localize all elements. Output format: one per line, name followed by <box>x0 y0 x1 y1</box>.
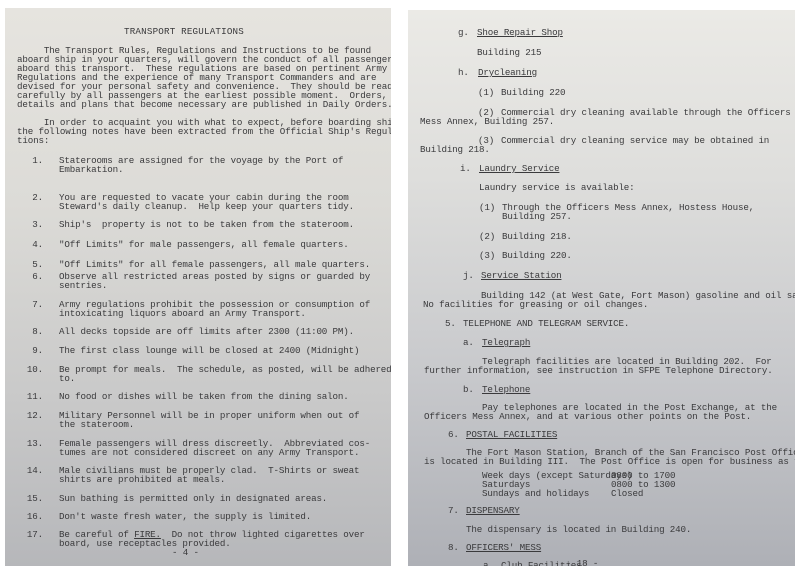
rule-number: 17. <box>25 530 43 539</box>
section-number: 5. <box>445 319 456 328</box>
section-number: 8. <box>448 543 459 552</box>
rule-number: 3. <box>25 220 43 229</box>
rule-text: Be prompt for meals. The schedule, as po… <box>59 365 391 374</box>
subitem-text: Building 257. <box>502 212 572 221</box>
section-number: 6. <box>448 430 459 439</box>
section-text: Building 215 <box>477 48 541 57</box>
item-letter: j. <box>463 271 474 280</box>
rule-number: 9. <box>25 346 43 355</box>
rule-number: 16. <box>25 512 43 521</box>
rule-number: 5. <box>25 260 43 269</box>
subitem-text: Building 218. <box>420 145 490 154</box>
section-text: Laundry service is available: <box>479 183 635 192</box>
section-heading: POSTAL FACILITIES <box>466 430 557 439</box>
rule-text: "Off Limits" for all female passengers, … <box>59 260 370 269</box>
rule-number: 12. <box>25 411 43 420</box>
subsection-heading: Telephone <box>482 385 530 394</box>
section-heading: Service Station <box>481 271 561 280</box>
item-letter: a. <box>483 561 494 566</box>
subitem-text: Mess Annex, Building 257. <box>420 117 554 126</box>
rule-number: 15. <box>25 494 43 503</box>
item-letter: g. <box>458 28 469 37</box>
rule-text: Ship's property is not to be taken from … <box>59 220 354 229</box>
section-heading: OFFICERS' MESS <box>466 543 541 552</box>
subitem-number: (1) <box>478 88 494 97</box>
page-number: - 4 - <box>172 548 199 557</box>
subitem-text: Commercial dry cleaning service may be o… <box>501 136 769 145</box>
rule-number: 14. <box>25 466 43 475</box>
rule-number: 11. <box>25 392 43 401</box>
item-letter: h. <box>458 68 469 77</box>
section-text: further information, see instruction in … <box>424 366 773 375</box>
subitem-text: Building 220 <box>501 88 565 97</box>
item-letter: b. <box>463 385 474 394</box>
rule-number: 2. <box>25 193 43 202</box>
rule-text: Don't waste fresh water, the supply is l… <box>59 512 311 521</box>
preface-line: tions: <box>17 136 49 145</box>
subitem-text: Building 218. <box>502 232 572 241</box>
section-heading: DISPENSARY <box>466 506 520 515</box>
intro-line: details and plans that become necessary … <box>17 100 391 109</box>
section-heading: Shoe Repair Shop <box>477 28 563 37</box>
rule-text: tumes are not considered discreet on any… <box>59 448 359 457</box>
rule-text: the stateroom. <box>59 420 134 429</box>
hours-time: Closed <box>611 489 643 498</box>
section-text: is located in Building III. The Post Off… <box>424 457 795 466</box>
subitem-number: (1) <box>479 203 495 212</box>
rule-text: No food or dishes will be taken from the… <box>59 392 349 401</box>
section-number: 7. <box>448 506 459 515</box>
section-heading: Laundry Service <box>479 164 559 173</box>
rule-number: 1. <box>25 156 43 165</box>
rule-number: 13. <box>25 439 43 448</box>
rule-text: Steward's daily cleanup. Help keep your … <box>59 202 354 211</box>
section-text: Officers Mess Annex, and at various othe… <box>424 412 751 421</box>
page-number: - 18 - <box>566 559 598 566</box>
rule-text: Sun bathing is permitted only in designa… <box>59 494 327 503</box>
subitem-text: Building 220. <box>502 251 572 260</box>
preface-line: the following notes have been extracted … <box>17 127 391 136</box>
right-page-document: g. Shoe Repair Shop Building 215 h. Dryc… <box>408 10 795 566</box>
section-text: The dispensary is located in Building 24… <box>466 525 691 534</box>
subsection-heading: Telegraph <box>482 338 530 347</box>
left-page-document: TRANSPORT REGULATIONS The Transport Rule… <box>5 8 391 566</box>
section-heading: Drycleaning <box>478 68 537 77</box>
rule-text: Embarkation. <box>59 165 123 174</box>
rule-text: shirts are prohibited at meals. <box>59 475 225 484</box>
page-title: TRANSPORT REGULATIONS <box>124 27 244 36</box>
rule-number: 4. <box>25 240 43 249</box>
rule-text: The first class lounge will be closed at… <box>59 346 359 355</box>
rule-number: 7. <box>25 300 43 309</box>
subitem-number: (2) <box>479 232 495 241</box>
rule-text: "Off Limits" for male passengers, all fe… <box>59 240 349 249</box>
rule-text: sentries. <box>59 281 107 290</box>
item-letter: i. <box>460 164 471 173</box>
hours-day: Sundays and holidays <box>482 489 589 498</box>
rule-text: board, use receptacles provided. <box>59 539 231 548</box>
section-heading: TELEPHONE AND TELEGRAM SERVICE. <box>463 319 629 328</box>
rule-number: 8. <box>25 327 43 336</box>
rule-text: All decks topside are off limits after 2… <box>59 327 354 336</box>
subitem-number: (3) <box>479 251 495 260</box>
rule-number: 6. <box>25 272 43 281</box>
section-text: No facilities for greasing or oil change… <box>423 300 648 309</box>
rule-text: to. <box>59 374 75 383</box>
item-letter: a. <box>463 338 474 347</box>
rule-text: intoxicating liquors aboard an Army Tran… <box>59 309 306 318</box>
rule-number: 10. <box>25 365 43 374</box>
